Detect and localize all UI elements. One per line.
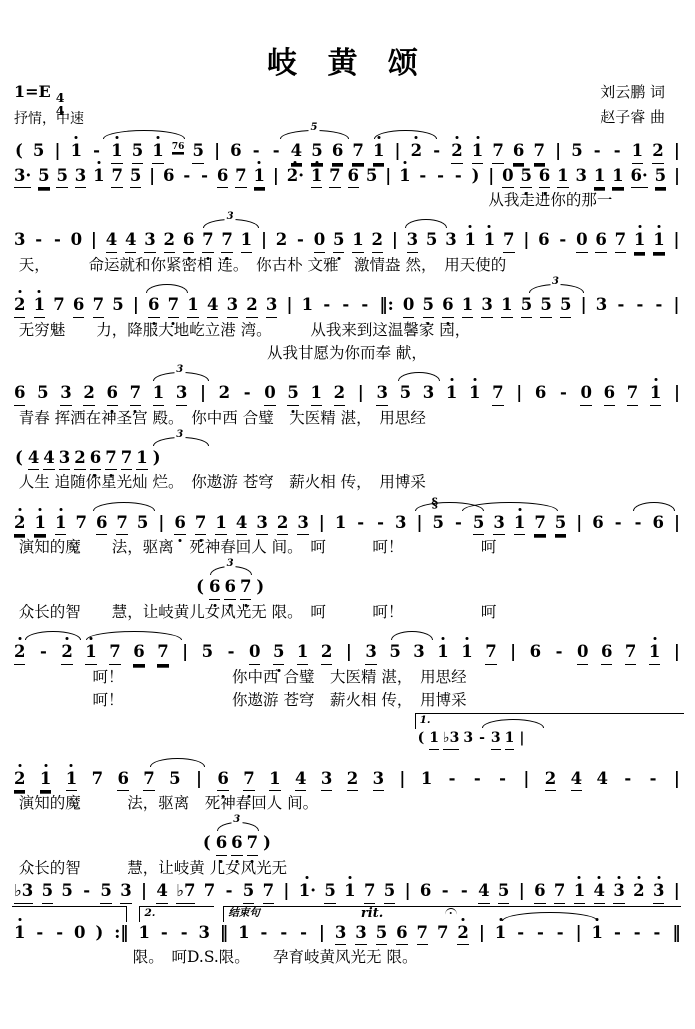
note-7: 7 bbox=[121, 448, 132, 471]
barline: | bbox=[358, 383, 364, 402]
note-1: 1 bbox=[71, 141, 82, 162]
note-3: 3 bbox=[198, 923, 209, 944]
note-3: 3 bbox=[395, 513, 406, 534]
note-0: 0 bbox=[71, 230, 82, 251]
music-row: 2.结束句rit.1--0):‖1--3‖1---|3356772|1---|1… bbox=[12, 906, 683, 946]
duration-dash: - bbox=[517, 923, 524, 942]
note-1: 1 bbox=[634, 230, 645, 253]
note-1: 1 bbox=[653, 230, 664, 253]
note-4: 4 bbox=[596, 769, 607, 790]
note-2: 2 bbox=[14, 769, 25, 792]
volta-bracket bbox=[12, 906, 127, 922]
note-2: 2 bbox=[14, 295, 25, 318]
note-1: 1 bbox=[254, 166, 265, 189]
note-7: 7 bbox=[243, 769, 254, 792]
duration-dash: - bbox=[56, 923, 63, 942]
note-6: 6 bbox=[601, 642, 612, 665]
barline: | bbox=[200, 383, 206, 402]
duration-dash: - bbox=[419, 166, 426, 185]
note-7: 7 bbox=[130, 383, 141, 406]
duration-dash: - bbox=[559, 230, 566, 249]
note-line: 3--0|44326771|2-0512|353117|6-06711| bbox=[12, 230, 683, 253]
note-5: 5 bbox=[112, 295, 123, 316]
note-3: 3 bbox=[14, 230, 25, 251]
note-7: 7 bbox=[240, 577, 251, 600]
barline: | bbox=[158, 513, 164, 532]
slur-mark bbox=[25, 631, 81, 640]
slur-mark bbox=[146, 284, 188, 293]
note-0: 0 bbox=[580, 383, 591, 406]
tuplet-number: 3 bbox=[174, 365, 185, 375]
note-7: 7 bbox=[143, 769, 154, 792]
note-line: (5|1-151765|6--45671|2-21767|5--12| bbox=[12, 141, 683, 164]
note-1: 1 bbox=[557, 166, 568, 189]
barline: | bbox=[673, 295, 679, 314]
note-6: 6 bbox=[513, 141, 524, 164]
note-4: 4 bbox=[43, 448, 54, 471]
note-1: 1 bbox=[429, 730, 439, 750]
note-1: 1 bbox=[612, 166, 623, 189]
note-2: 2 bbox=[652, 141, 663, 164]
parenthesis: ) bbox=[263, 833, 271, 852]
note-1: 1 bbox=[437, 642, 448, 663]
note-3: 3 bbox=[75, 166, 86, 189]
note-6: 6 bbox=[163, 166, 174, 187]
note-0: 0 bbox=[249, 642, 260, 665]
note-2: 2 bbox=[219, 383, 230, 404]
note-1: 1 bbox=[462, 295, 473, 318]
note-4: 4 bbox=[28, 448, 39, 471]
note-7: 7 bbox=[554, 881, 565, 904]
barline: | bbox=[399, 769, 405, 788]
grace-notes: 76 bbox=[172, 142, 185, 153]
note-1: 1 bbox=[302, 295, 313, 316]
duration-dash: - bbox=[624, 769, 631, 788]
note-1: 1 bbox=[469, 383, 480, 404]
note-7: 7 bbox=[221, 230, 232, 253]
duration-dash: - bbox=[479, 730, 485, 746]
note-3: 3 bbox=[59, 448, 70, 471]
note-7: 7 bbox=[111, 166, 122, 189]
tuplet-number: 3 bbox=[550, 277, 561, 287]
note-5: 5 bbox=[287, 383, 298, 406]
note-7: 7 bbox=[92, 769, 103, 790]
note-6: 6 bbox=[96, 513, 107, 536]
sheet-music-page: 岐 黄 颂 1=E44 抒情，中速 刘云鹏 词 赵子睿 曲 5(5|1-1517… bbox=[0, 0, 695, 1029]
duration-dash: - bbox=[226, 881, 233, 900]
note-6: 6 bbox=[216, 833, 227, 856]
music-row: 33--0|44326771|2-0512|353117|6-06711| bbox=[12, 213, 683, 253]
music-row: 3217675|6714323|1---‖:056131555|3---| bbox=[12, 278, 683, 318]
note-1: 1 bbox=[85, 642, 96, 665]
note-line: 65326713|2-0512|353117|6-0671| bbox=[12, 383, 683, 406]
barline: | bbox=[581, 295, 587, 314]
slur-mark bbox=[462, 502, 558, 511]
note-♭3: ♭3 bbox=[14, 881, 33, 904]
barline: | bbox=[674, 642, 680, 661]
note-6: 6 bbox=[117, 769, 128, 792]
note-2: 2 bbox=[457, 923, 468, 946]
note-5: 5 bbox=[498, 881, 509, 904]
barline: | bbox=[576, 923, 582, 942]
note-5: 5 bbox=[243, 881, 254, 904]
note-5: 5 bbox=[540, 295, 551, 318]
note-1: 1 bbox=[187, 295, 198, 318]
barline: | bbox=[385, 166, 391, 185]
note-line: 1--0):‖1--3‖1---|3356772|1---|1---‖ bbox=[12, 923, 683, 946]
note-1: 1 bbox=[574, 881, 585, 904]
note-7: 7 bbox=[116, 513, 127, 536]
duration-dash: - bbox=[614, 141, 621, 160]
note-3: 3 bbox=[227, 295, 238, 318]
note-5: 5 bbox=[423, 295, 434, 318]
repeat-end: :‖ bbox=[114, 923, 128, 942]
note-5: 5 bbox=[520, 166, 531, 189]
note-5: 5 bbox=[169, 769, 180, 790]
lyric-row: 限。 呵D.S.限。 孕育岐黄风光无 限。 bbox=[12, 947, 683, 967]
lyric-row: 众长的智 慧，让岐黄 儿女风光无 bbox=[12, 858, 683, 878]
duration-dash: - bbox=[650, 769, 657, 788]
music-row: 3(44326771) bbox=[12, 431, 683, 471]
duration-dash: - bbox=[273, 141, 280, 160]
barline: | bbox=[91, 230, 97, 249]
note-3: 3 bbox=[575, 166, 586, 187]
note-5: 5 bbox=[376, 923, 387, 946]
note-6: 6 bbox=[534, 881, 545, 904]
note-♭3: ♭3 bbox=[443, 730, 459, 750]
parenthesis: ( bbox=[196, 577, 204, 596]
note-1: 1 bbox=[446, 383, 457, 404]
slur-mark bbox=[633, 502, 675, 511]
note-7: 7 bbox=[627, 383, 638, 406]
barline: | bbox=[149, 166, 155, 185]
slur-mark bbox=[398, 372, 440, 381]
ending-label: 1. bbox=[420, 715, 431, 726]
barline: | bbox=[673, 230, 679, 249]
note-7: 7 bbox=[492, 383, 503, 406]
lyric-row: 呵！ 你遨游 苍穹 薪火相 传， 用博采 bbox=[12, 690, 683, 710]
note-3: 3 bbox=[355, 923, 366, 946]
parenthesis: ( bbox=[203, 833, 211, 852]
duration-dash: - bbox=[201, 166, 208, 185]
note-5: 5 bbox=[37, 383, 48, 404]
note-6: 6 bbox=[230, 141, 241, 162]
note-2: 2 bbox=[321, 642, 332, 665]
duration-dash: - bbox=[634, 923, 641, 942]
duration-dash: - bbox=[36, 923, 43, 942]
slur-mark bbox=[405, 219, 447, 228]
note-7: 7 bbox=[157, 642, 168, 665]
note-1: 1 bbox=[311, 383, 322, 406]
note-5: 5 bbox=[130, 166, 141, 189]
duration-dash: - bbox=[357, 513, 364, 532]
music-row: 2-21767|5-0512|353117|6-0671| bbox=[12, 625, 683, 665]
note-7: 7 bbox=[534, 513, 545, 536]
note-2: 2 bbox=[61, 642, 72, 665]
duration-dash: - bbox=[297, 230, 304, 249]
note-2: 2 bbox=[164, 230, 175, 253]
music-row: 3(667) bbox=[12, 560, 683, 600]
note-4: 4 bbox=[594, 881, 605, 904]
note-7: 7 bbox=[534, 141, 545, 164]
note-2: 2 bbox=[276, 230, 287, 251]
lyric-row: 演知的魔 法，驱离 死神春回人 间。 bbox=[12, 793, 683, 813]
duration-dash: - bbox=[35, 230, 42, 249]
tuplet-number: 3 bbox=[225, 559, 236, 569]
duration-dash: - bbox=[499, 769, 506, 788]
duration-dash: - bbox=[614, 923, 621, 942]
note-3: 3 bbox=[60, 383, 71, 406]
note-6: 6 bbox=[396, 923, 407, 946]
barline: | bbox=[182, 642, 188, 661]
note-2: 2 bbox=[14, 642, 25, 665]
barline: | bbox=[576, 513, 582, 532]
note-line: (667) bbox=[12, 577, 695, 600]
lyric-row: 呵！ 你中西 合璧 大医精 湛， 用思经 bbox=[12, 667, 683, 687]
note-line: 2117675|6714323|1--3|5-53175|6--6| bbox=[12, 513, 683, 536]
note-4: 4 bbox=[571, 769, 582, 792]
key-tonic: 1=E bbox=[14, 82, 51, 101]
barline: | bbox=[417, 513, 423, 532]
note-3: 3 bbox=[365, 642, 376, 665]
note-1: 1 bbox=[238, 923, 249, 944]
note-1: 1 bbox=[40, 769, 51, 792]
note-3: 3 bbox=[144, 230, 155, 253]
duration-dash: - bbox=[323, 295, 330, 314]
note-1: 1 bbox=[484, 230, 495, 251]
note-5: 5 bbox=[192, 141, 203, 164]
note-line: (667) bbox=[12, 833, 695, 856]
note-4: 4 bbox=[207, 295, 218, 318]
note-5: 5 bbox=[389, 642, 400, 663]
duration-dash: - bbox=[636, 295, 643, 314]
note-7: 7 bbox=[75, 513, 86, 534]
note-6: 6 bbox=[604, 383, 615, 406]
barline: | bbox=[196, 769, 202, 788]
lyric-row: 人生 追随你星光灿 烂。 你遨游 苍穹 薪火相 传， 用博采 bbox=[12, 472, 683, 492]
note-5: 5 bbox=[571, 141, 582, 162]
note-7: 7 bbox=[195, 513, 206, 536]
parenthesis: ) bbox=[95, 923, 103, 942]
note-1: 1 bbox=[335, 513, 346, 534]
music-row: ♭355-53|4♭77-57|1·5175|6--45|6714323| bbox=[12, 881, 683, 904]
note-2: 2 bbox=[411, 141, 422, 162]
barline: | bbox=[54, 141, 60, 160]
note-6: 6 bbox=[231, 833, 242, 856]
note-0: 0 bbox=[74, 923, 85, 944]
note-2: 2 bbox=[334, 383, 345, 406]
note-7: 7 bbox=[503, 230, 514, 253]
note-6: 6 bbox=[538, 230, 549, 251]
note-3: 3 bbox=[491, 730, 501, 750]
note-2: 2 bbox=[451, 141, 462, 164]
note-5: 5 bbox=[384, 881, 395, 904]
note-2: 2 bbox=[83, 383, 94, 406]
barline: | bbox=[523, 769, 529, 788]
duration-dash: - bbox=[280, 923, 287, 942]
lyricist-credit: 刘云鹏 词 bbox=[600, 80, 665, 105]
ending-label: 2. bbox=[144, 908, 155, 919]
music-row: 5(5|1-151765|6--45671|2-21767|5--12| bbox=[12, 124, 683, 164]
slur-mark bbox=[86, 631, 182, 640]
music-row: 1.(1♭33-31| bbox=[12, 713, 683, 750]
note-2: 2 bbox=[372, 230, 383, 253]
barline: | bbox=[479, 923, 485, 942]
note-6: 6 bbox=[14, 383, 25, 406]
slur-mark bbox=[374, 130, 436, 139]
barline: | bbox=[674, 513, 680, 532]
note-3: 3 bbox=[413, 642, 424, 663]
note-1: 1 bbox=[34, 295, 45, 318]
duration-dash: - bbox=[594, 141, 601, 160]
note-6: 6 bbox=[653, 513, 664, 534]
duration-dash: - bbox=[455, 513, 462, 532]
note-3: 3 bbox=[481, 295, 492, 318]
barline: | bbox=[674, 383, 680, 402]
note-line: ♭355-53|4♭77-57|1·5175|6--45|6714323| bbox=[12, 881, 683, 904]
note-1: 1 bbox=[344, 881, 355, 902]
note-6: 6 bbox=[217, 166, 228, 189]
note-1: 1 bbox=[297, 642, 308, 665]
note-1: 1 bbox=[461, 642, 472, 663]
barline: | bbox=[519, 730, 524, 746]
note-line: 217675|6714323|1---‖:056131555|3---| bbox=[12, 295, 683, 318]
duration-dash: - bbox=[557, 923, 564, 942]
note-1: 1 bbox=[93, 166, 104, 187]
note-1: 1 bbox=[649, 642, 660, 665]
barline: | bbox=[510, 642, 516, 661]
duration-dash: - bbox=[93, 141, 100, 160]
note-1: 1 bbox=[464, 230, 475, 251]
note-2: 2 bbox=[545, 769, 556, 792]
duration-dash: - bbox=[244, 383, 251, 402]
ending-label: 结束句 bbox=[228, 908, 260, 919]
note-3: 3 bbox=[297, 513, 308, 536]
parenthesis: ( bbox=[418, 730, 425, 746]
note-5: 5 bbox=[433, 513, 444, 534]
duration-dash: - bbox=[655, 295, 662, 314]
note-line: 3·553175|6--671|2·1765|1---)|05613116·5| bbox=[12, 166, 683, 189]
note-5: 5 bbox=[42, 881, 53, 904]
note-5: 5 bbox=[521, 295, 532, 318]
note-1: 1 bbox=[501, 295, 512, 318]
note-1: 1 bbox=[514, 513, 525, 536]
note-1·: 1· bbox=[299, 881, 316, 902]
note-1: 1 bbox=[55, 513, 66, 536]
parenthesis: ( bbox=[15, 141, 23, 160]
note-line: (44326771) bbox=[12, 448, 683, 471]
barline: | bbox=[516, 383, 522, 402]
duration-dash: - bbox=[183, 166, 190, 185]
note-3: 3 bbox=[335, 923, 346, 946]
note-4: 4 bbox=[478, 881, 489, 904]
duration-dash: - bbox=[40, 642, 47, 661]
note-6·: 6· bbox=[631, 166, 648, 189]
note-2: 2 bbox=[277, 513, 288, 536]
note-7: 7 bbox=[352, 141, 363, 164]
music-row: 365326713|2-0512|353117|6-0671| bbox=[12, 366, 683, 406]
rit-mark: rit. bbox=[361, 907, 383, 920]
note-6: 6 bbox=[133, 642, 144, 665]
note-1: 1 bbox=[269, 769, 280, 792]
duration-dash: - bbox=[442, 881, 449, 900]
tuplet-number: 3 bbox=[225, 212, 236, 222]
note-5: 5 bbox=[555, 513, 566, 536]
tuplet-number: 5 bbox=[308, 123, 319, 133]
note-3: 3 bbox=[120, 881, 131, 904]
note-6: 6 bbox=[592, 513, 603, 534]
volta-bracket: 1. bbox=[415, 713, 684, 729]
slur-mark bbox=[93, 502, 155, 511]
note-2: 2 bbox=[347, 769, 358, 792]
duration-dash: - bbox=[433, 141, 440, 160]
duration-dash: - bbox=[556, 642, 563, 661]
note-1: 1 bbox=[373, 141, 384, 164]
note-6: 6 bbox=[90, 448, 101, 471]
note-5: 5 bbox=[56, 166, 67, 189]
note-7: 7 bbox=[109, 642, 120, 665]
note-7: 7 bbox=[485, 642, 496, 665]
note-0: 0 bbox=[264, 383, 275, 406]
slur-mark bbox=[391, 631, 433, 640]
note-1: 1 bbox=[352, 230, 363, 253]
note-4: 4 bbox=[236, 513, 247, 536]
duration-dash: - bbox=[537, 923, 544, 942]
note-6: 6 bbox=[107, 383, 118, 406]
note-line: (1♭33-31| bbox=[12, 730, 695, 750]
note-5: 5 bbox=[366, 166, 377, 187]
barline: | bbox=[674, 166, 680, 185]
note-2·: 2· bbox=[287, 166, 304, 187]
note-6: 6 bbox=[539, 166, 550, 189]
parenthesis: ) bbox=[472, 166, 480, 185]
note-5: 5 bbox=[38, 166, 49, 189]
barline: | bbox=[261, 230, 267, 249]
note-5: 5 bbox=[426, 230, 437, 251]
duration-dash: - bbox=[54, 230, 61, 249]
note-6: 6 bbox=[73, 295, 84, 318]
note-7: 7 bbox=[492, 141, 503, 164]
note-6: 6 bbox=[148, 295, 159, 318]
lyric-row: 众长的智 慧，让岐黄儿女风光无 限。 呵 呵！ 呵 bbox=[12, 602, 683, 622]
note-1: 1 bbox=[472, 141, 483, 164]
note-6: 6 bbox=[420, 881, 431, 902]
note-line: 2-21767|5-0512|353117|6-0671| bbox=[12, 642, 683, 665]
note-7: 7 bbox=[417, 923, 428, 946]
barline: | bbox=[395, 141, 401, 160]
note-7: 7 bbox=[105, 448, 116, 471]
note-1: 1 bbox=[152, 141, 163, 164]
note-5: 5 bbox=[33, 141, 44, 162]
note-6: 6 bbox=[332, 141, 343, 164]
note-1: 1 bbox=[153, 383, 164, 406]
lyric-row: 无穷魅 力，降服大地屹立港 湾。 从我来到这温馨家 园， bbox=[12, 320, 683, 340]
repeat-start: ‖: bbox=[379, 295, 393, 314]
note-line: 2117675|6714323|1---|244--| bbox=[12, 769, 683, 792]
note-5: 5 bbox=[137, 513, 148, 534]
note-4: 4 bbox=[156, 881, 167, 904]
lyric-row: 青春 挥洒在神圣宫 殿。 你中西 合璧 大医精 湛， 用思经 bbox=[12, 408, 683, 428]
parenthesis: ( bbox=[15, 448, 23, 467]
duration-dash: - bbox=[474, 769, 481, 788]
note-1: 1 bbox=[505, 730, 515, 750]
duration-dash: - bbox=[437, 166, 444, 185]
barline: | bbox=[346, 642, 352, 661]
lyric-row: 从我走进你的那一 bbox=[12, 190, 683, 210]
note-1: 1 bbox=[215, 513, 226, 536]
duration-dash: - bbox=[455, 166, 462, 185]
music-row: §2117675|6714323|1--3|5-53175|6--6| bbox=[12, 496, 683, 536]
